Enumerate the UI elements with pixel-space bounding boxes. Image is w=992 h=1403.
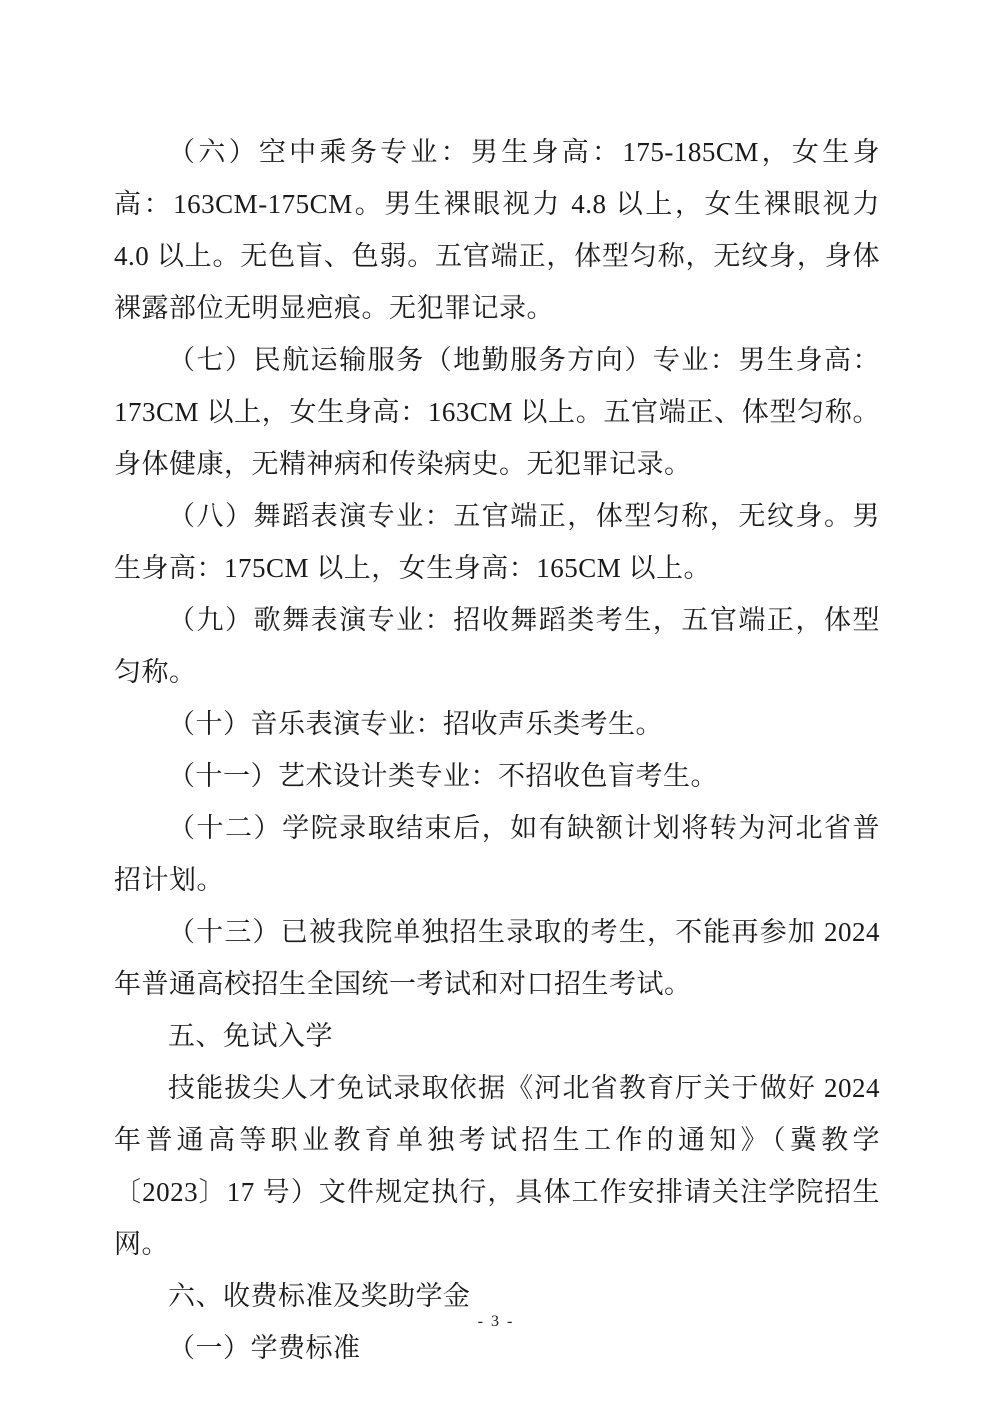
para-exemption-policy: 技能拔尖人才免试录取依据《河北省教育厅关于做好 2024 年普通高等职业教育单独… bbox=[114, 1062, 880, 1270]
clause-no-further-exams: （十三）已被我院单独招生录取的考生，不能再参加 2024 年普通高校招生全国统一… bbox=[114, 906, 880, 1010]
clause-civil-aviation-ground-service: （七）民航运输服务（地勤服务方向）专业：男生身高：173CM 以上，女生身高：1… bbox=[114, 334, 880, 490]
clause-music-performance: （十）音乐表演专业：招收声乐类考生。 bbox=[114, 698, 880, 750]
document-body: （六）空中乘务专业：男生身高：175-185CM，女生身高：163CM-175C… bbox=[114, 126, 880, 1374]
page-number: - 3 - bbox=[0, 1313, 992, 1331]
clause-song-and-dance-performance: （九）歌舞表演专业：招收舞蹈类考生，五官端正，体型匀称。 bbox=[114, 594, 880, 698]
document-page: （六）空中乘务专业：男生身高：175-185CM，女生身高：163CM-175C… bbox=[0, 0, 992, 1403]
clause-vacancy-plan-transfer: （十二）学院录取结束后，如有缺额计划将转为河北省普招计划。 bbox=[114, 802, 880, 906]
section-heading-exemption-admission: 五、免试入学 bbox=[114, 1010, 880, 1062]
clause-air-crew-requirements: （六）空中乘务专业：男生身高：175-185CM，女生身高：163CM-175C… bbox=[114, 126, 880, 334]
clause-dance-performance: （八）舞蹈表演专业：五官端正，体型匀称，无纹身。男生身高：175CM 以上，女生… bbox=[114, 490, 880, 594]
clause-art-design: （十一）艺术设计类专业：不招收色盲考生。 bbox=[114, 750, 880, 802]
